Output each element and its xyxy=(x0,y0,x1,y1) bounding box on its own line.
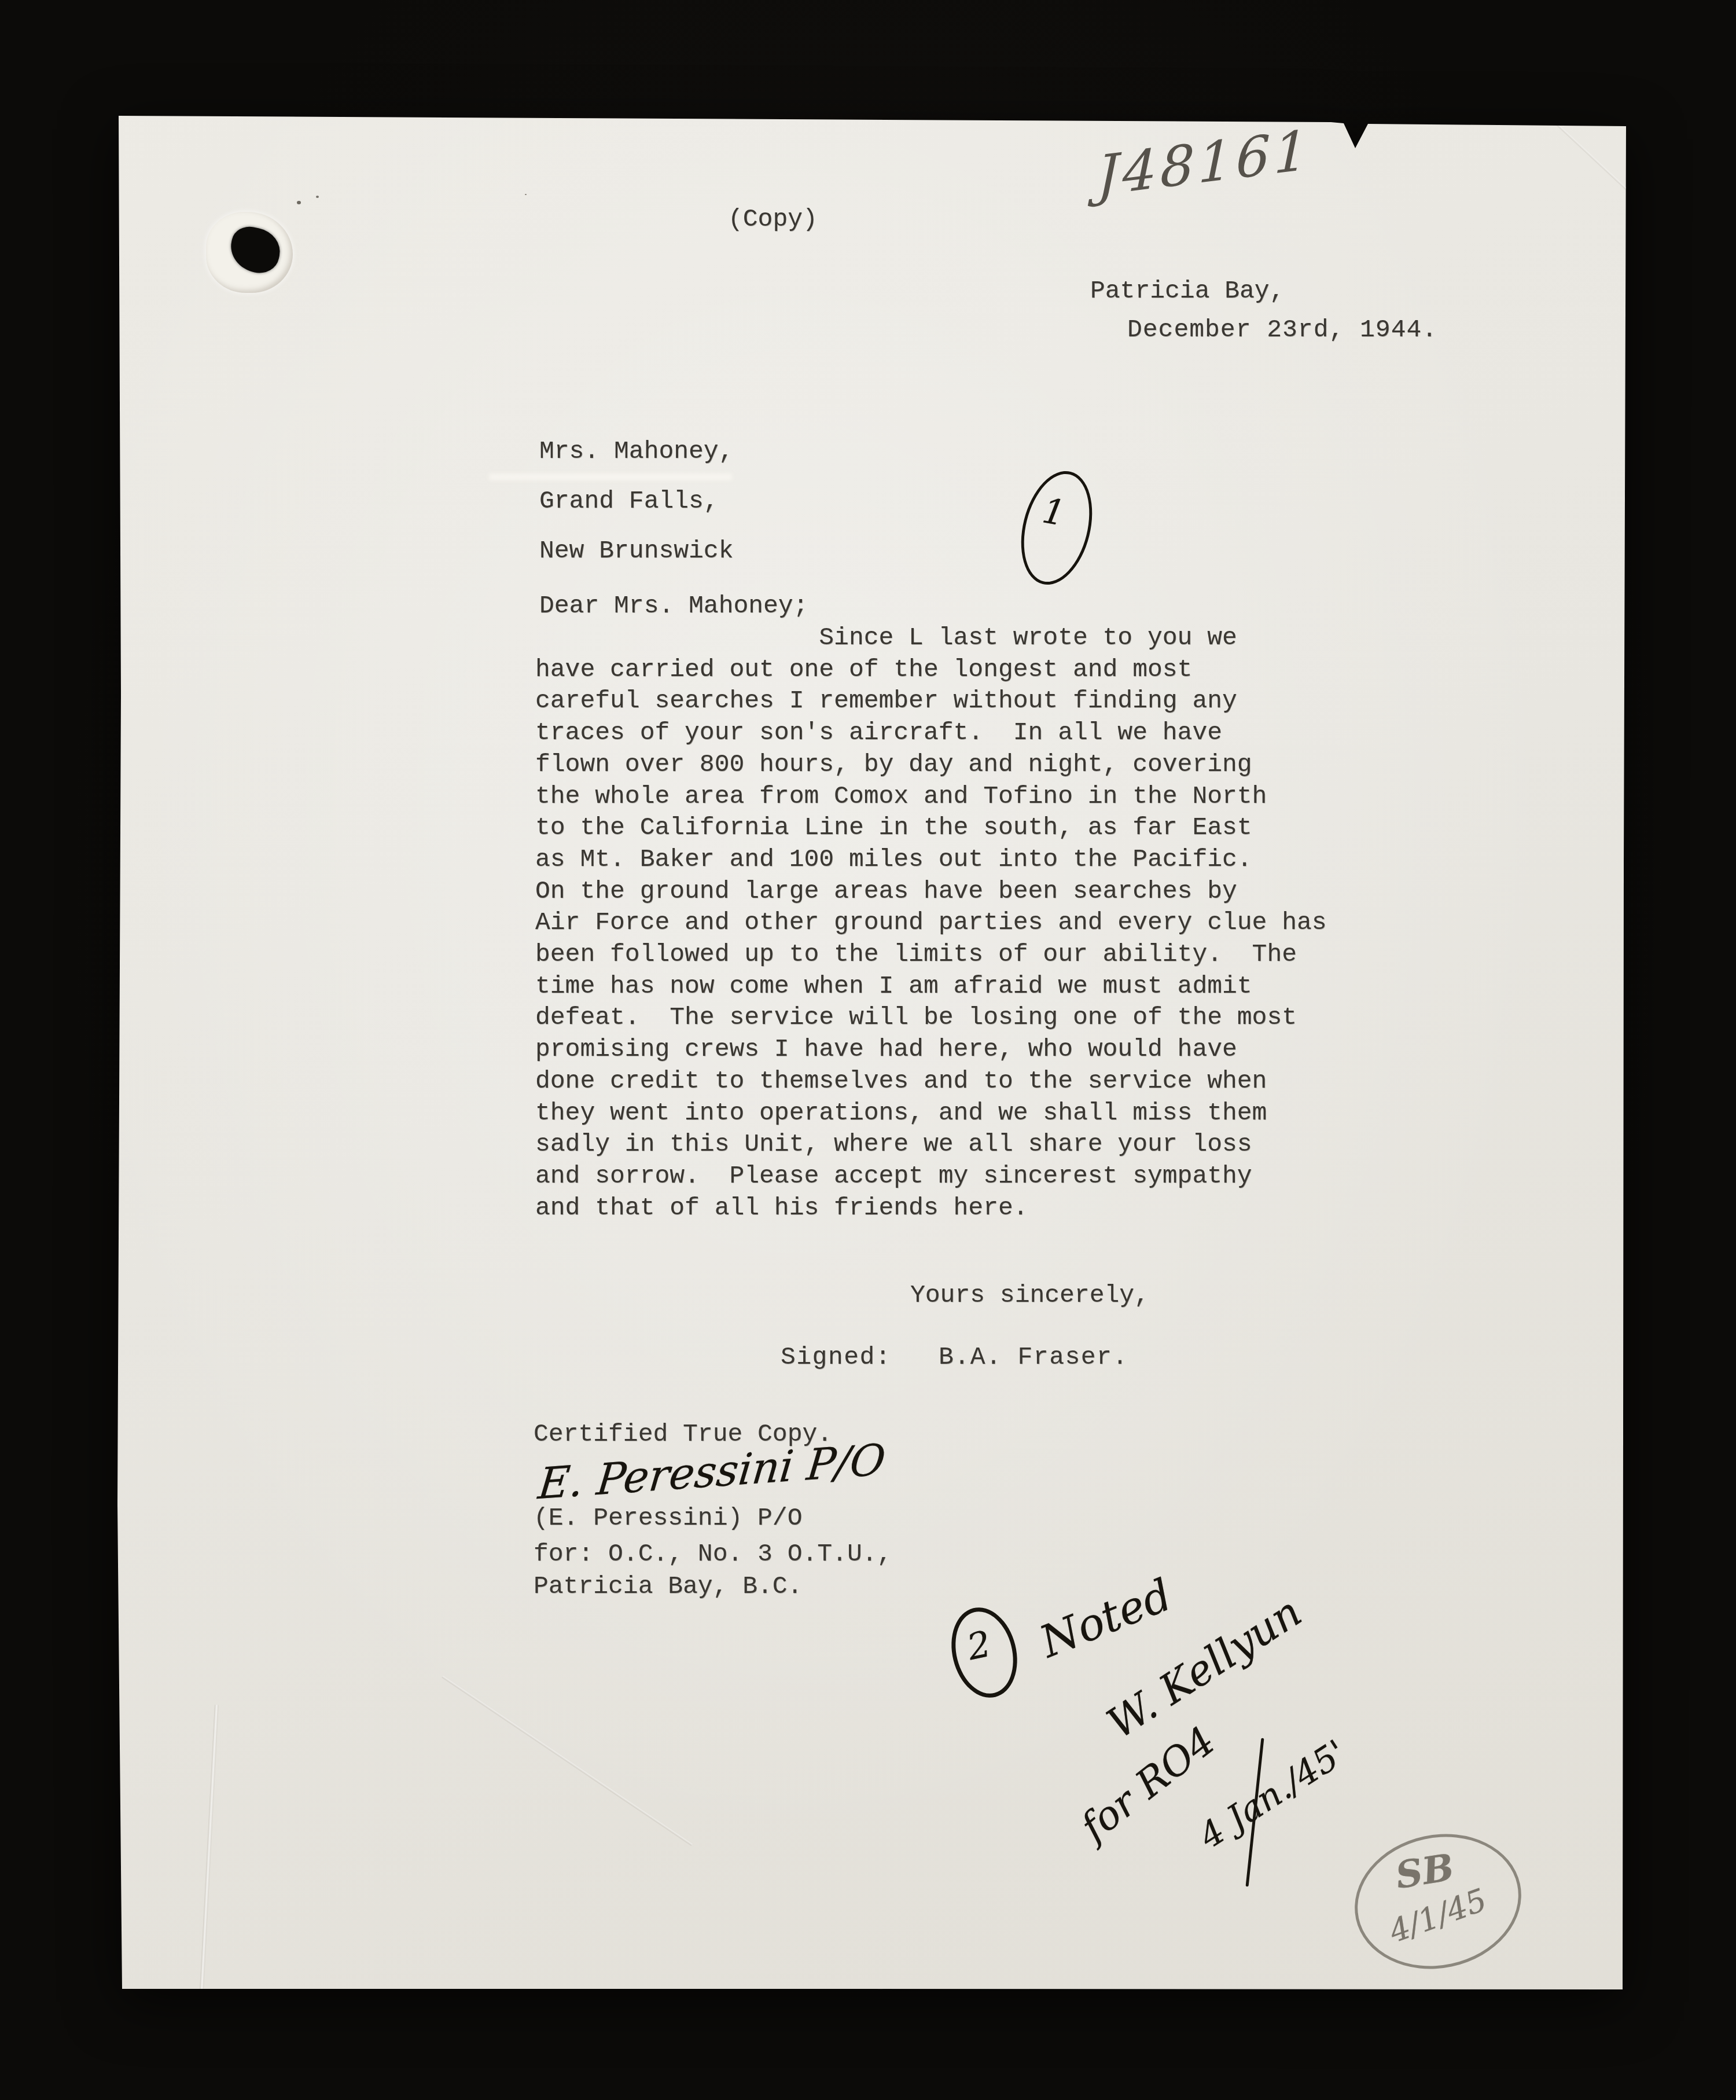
recipient-address: Mrs. Mahoney, Grand Falls, New Brunswick xyxy=(539,427,733,576)
file-number-annotation: J48161 xyxy=(1097,119,1312,208)
paper-crease-corner xyxy=(1519,89,1635,197)
letter-page: (Copy) Patricia Bay, December 23rd, 1944… xyxy=(0,0,1736,2100)
scan-background: (Copy) Patricia Bay, December 23rd, 1944… xyxy=(0,0,1736,2100)
paper-crease-vertical xyxy=(200,1705,219,1989)
paper-shadow-wrap: (Copy) Patricia Bay, December 23rd, 1944… xyxy=(0,0,1736,2100)
letter-place: Patricia Bay, xyxy=(1090,276,1284,307)
noted-annotation: Noted xyxy=(1033,1569,1179,1668)
salutation: Dear Mrs. Mahoney; xyxy=(539,590,808,622)
paper-specks xyxy=(297,201,301,204)
body-text: Since L last wrote to you we have carrie… xyxy=(535,622,1327,1224)
pencil-initials: SB xyxy=(1393,1846,1457,1898)
letter-date: December 23rd, 1944. xyxy=(1127,314,1437,346)
signed-line: Signed: B.A. Fraser. xyxy=(781,1342,1128,1374)
signature-for-line: for: O.C., No. 3 O.T.U., xyxy=(534,1539,892,1570)
signature-location: Patricia Bay, B.C. xyxy=(534,1571,802,1603)
signature-typed: (E. Peressini) P/O xyxy=(534,1503,802,1534)
copy-label: (Copy) xyxy=(728,204,818,236)
punch-hole xyxy=(226,223,284,277)
punch-hole-tear xyxy=(206,212,293,293)
paper-crease-diagonal xyxy=(442,1676,692,1846)
closing: Yours sincerely, xyxy=(910,1280,1149,1312)
